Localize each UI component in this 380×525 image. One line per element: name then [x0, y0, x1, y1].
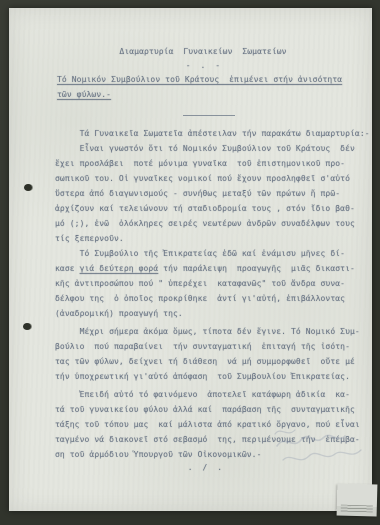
ink-punch-mark: [24, 184, 32, 191]
document-title: Τό Νομικόν Συμβούλιον τοῦ Κράτους ἐπιμέν…: [57, 72, 357, 102]
document-heading: Διαμαρτυρία Γυναικείων Σωματείων: [55, 44, 351, 59]
divider-line: [183, 115, 235, 116]
paragraph-2: Εἶναι γνωστόν ὅτι τό Νομικόν Συμβούλιον …: [55, 141, 359, 246]
title-line-1: Τό Νομικόν Συμβούλιον τοῦ Κράτους ἐπιμέν…: [57, 75, 342, 84]
text-line: Ἐπειδή αὐτό τό φαινόμενο ἀποτελεῖ κατάφω…: [55, 387, 359, 402]
paper-tab: [337, 483, 378, 516]
underlined-phrase: γιά δεύτερη φορά: [80, 264, 159, 273]
text-line: ὕστερα ἀπό διαγωνισμούς - συνήθως μεταξύ…: [55, 186, 359, 201]
text-segment: τήν παράλειψη προαγωγῆς μιᾶς δικαστι-: [158, 264, 355, 273]
text-line: ἀρχίζουν καί τελειώνουν τή σταδιοδρομία …: [55, 201, 359, 216]
document-page: Διαμαρτυρία Γυναικείων Σωματείων - . - Τ…: [9, 8, 372, 511]
text-segment: κασε: [55, 264, 80, 273]
document-body: Τά Γυναικεῖα Σωματεῖα ἀπέστειλαν τήν παρ…: [55, 126, 359, 462]
text-line: σωπικοῦ του. Οἱ γυναῖκες νομικοί πού ἔχο…: [55, 171, 359, 186]
text-line: τίς ξεπερνοῦν.: [55, 231, 359, 246]
text-line: Τό Συμβούλιο τῆς Ἐπικρατείας ἐδῶ καί ἑνά…: [55, 246, 359, 261]
heading-separator-mark: - . -: [55, 58, 351, 73]
paragraph-1: Τά Γυναικεῖα Σωματεῖα ἀπέστειλαν τήν παρ…: [55, 126, 359, 141]
text-line-with-underline: κασε γιά δεύτερη φορά τήν παράλειψη προα…: [55, 261, 359, 276]
paragraph-3: Τό Συμβούλιο τῆς Ἐπικρατείας ἐδῶ καί ἑνά…: [55, 246, 359, 321]
scanned-document-screenshot: { "colors": { "paper": "#e3e5de", "ink":…: [0, 0, 380, 525]
text-line: Μέχρι σήμερα ἀκόμα ὅμως, τίποτα δέν ἔγιν…: [55, 324, 359, 339]
paper-tab-texture: [341, 505, 373, 513]
text-line: δέλφου της ὁ ὁποῖος προκρίθηκε ἀντί γι'α…: [55, 291, 359, 306]
text-line: τά τοῦ γυναικείου φύλου ἀλλά καί παράβασ…: [55, 402, 359, 417]
ink-punch-mark: [23, 323, 31, 330]
text-line: τας τῶν φύλων, δείχνει τή διάθεση νά μή …: [55, 354, 359, 369]
pencil-scribble: [271, 416, 371, 478]
text-line: ἔχει προσλάβει ποτέ μόνιμα γυναῖκα τοῦ ἐ…: [55, 156, 359, 171]
text-line: τήν ὑποχρεωτική γι'αὐτό ἀπόφαση τοῦ Συμβ…: [55, 369, 359, 384]
paragraph-4: Μέχρι σήμερα ἀκόμα ὅμως, τίποτα δέν ἔγιν…: [55, 324, 359, 384]
text-line: Εἶναι γνωστόν ὅτι τό Νομικόν Συμβούλιον …: [55, 141, 359, 156]
text-line: κῆς ἀντιπροσώπου πού " ὑπερέχει καταφανῶ…: [55, 276, 359, 291]
title-line-2: τῶν φύλων.-: [57, 90, 111, 99]
text-line: Τά Γυναικεῖα Σωματεῖα ἀπέστειλαν τήν παρ…: [55, 126, 359, 141]
text-line: μό (;), ἐνῶ ὁλόκληρες σειρές νεωτέρων ἀν…: [55, 216, 359, 231]
text-line: βούλιο πού παραβαίνει τήν συνταγματική ἐ…: [55, 339, 359, 354]
end-of-document-mark: . / .: [165, 460, 245, 475]
text-line: (ἀναδρομική) προαγωγή της.: [55, 306, 359, 321]
